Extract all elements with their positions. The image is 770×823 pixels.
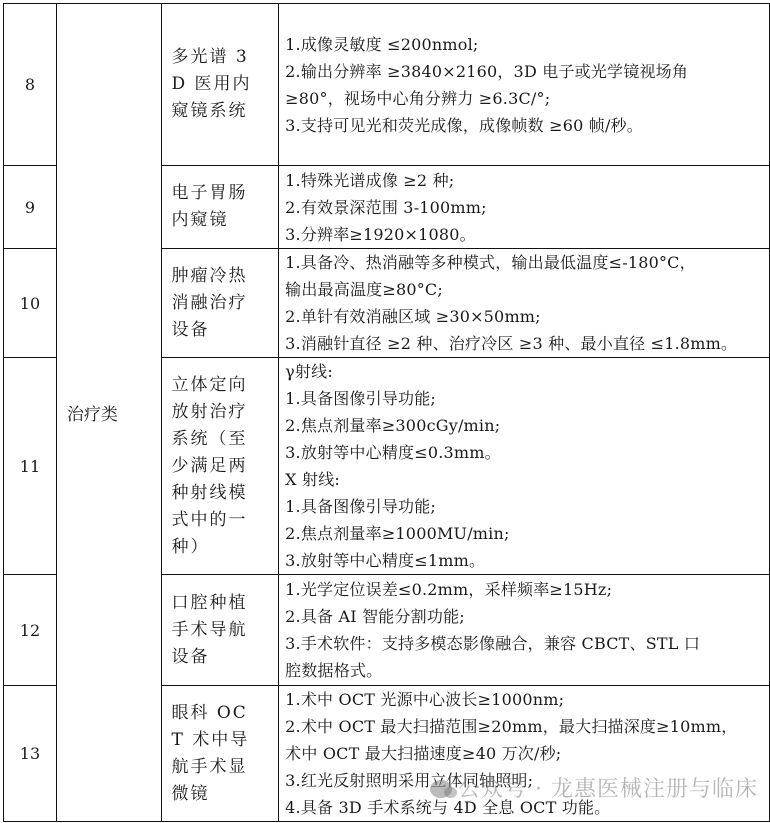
equipment-spec-table: 8 治疗类 多光谱 3D 医用内窥镜系统 1.成像灵敏度 ≤200nmol; 2… (3, 3, 770, 822)
spec-cell: 1.具备冷、热消融等多种模式，输出最低温度≤-180°C， 输出最高温度≥80°… (279, 249, 770, 358)
spec-line: 1.具备图像引导功能; (285, 493, 765, 520)
spec-line: 2.有效景深范围 3-100mm; (285, 194, 765, 221)
row-number: 8 (4, 4, 57, 166)
spec-line: 1.具备冷、热消融等多种模式，输出最低温度≤-180°C， (285, 249, 765, 276)
spec-line: 3.放射等中心精度≤0.3mm。 (285, 439, 765, 466)
spec-cell: γ射线: 1.具备图像引导功能; 2.焦点剂量率≥300cGy/min; 3.放… (279, 358, 770, 575)
spec-cell: 1.成像灵敏度 ≤200nmol; 2.输出分辨率 ≥3840×2160，3D … (279, 4, 770, 166)
spec-line: 3.放射等中心精度≤1mm。 (285, 547, 765, 574)
spec-line: 术中 OCT 最大扫描速度≥40 万次/秒; (285, 740, 765, 767)
spec-line: 3.手术软件：支持多模态影像融合，兼容 CBCT、STL 口 (285, 630, 765, 657)
spec-line: 2.具备 AI 智能分割功能; (285, 603, 765, 630)
spec-line: 1.术中 OCT 光源中心波长≥1000nm; (285, 686, 765, 713)
device-name: 眼科 OCT 术中导航手术显微镜 (162, 686, 279, 822)
spec-line: 2.单针有效消融区域 ≥30×50mm; (285, 303, 765, 330)
spec-line: 1.特殊光谱成像 ≥2 种; (285, 167, 765, 194)
device-name: 口腔种植手术导航设备 (162, 575, 279, 686)
row-number: 12 (4, 575, 57, 686)
spec-line: 1.成像灵敏度 ≤200nmol; (285, 31, 765, 58)
row-number: 11 (4, 358, 57, 575)
row-number: 9 (4, 166, 57, 249)
device-name: 立体定向放射治疗系统（至少满足两种射线模式中的一种） (162, 358, 279, 575)
spec-cell: 1.光学定位误差≤0.2mm，采样频率≥15Hz; 2.具备 AI 智能分割功能… (279, 575, 770, 686)
watermark: 公众号 · 龙惠医械注册与临床 (430, 772, 758, 803)
spec-line: 2.术中 OCT 最大扫描范围≥20mm，最大扫描深度≥10mm， (285, 713, 765, 740)
spec-line: 1.光学定位误差≤0.2mm，采样频率≥15Hz; (285, 576, 765, 603)
watermark-text: 公众号 · 龙惠医械注册与临床 (458, 777, 758, 802)
spec-line: 3.支持可见光和荧光成像，成像帧数 ≥60 帧/秒。 (285, 112, 765, 139)
row-number: 13 (4, 686, 57, 822)
device-name: 电子胃肠内窥镜 (162, 166, 279, 249)
spec-line: γ射线: (285, 358, 765, 385)
spec-line: 2.焦点剂量率≥1000MU/min; (285, 520, 765, 547)
table-row: 8 治疗类 多光谱 3D 医用内窥镜系统 1.成像灵敏度 ≤200nmol; 2… (4, 4, 770, 166)
spec-line: 1.具备图像引导功能; (285, 385, 765, 412)
spec-line: X 射线: (285, 466, 765, 493)
spec-line: 2.输出分辨率 ≥3840×2160，3D 电子或光学镜视场角 (285, 58, 765, 85)
spec-line: 3.分辨率≥1920×1080。 (285, 221, 765, 248)
spec-line: 2.焦点剂量率≥300cGy/min; (285, 412, 765, 439)
category-cell: 治疗类 (56, 4, 162, 822)
device-name: 多光谱 3D 医用内窥镜系统 (162, 4, 279, 166)
row-number: 10 (4, 249, 57, 358)
wechat-icon (430, 780, 452, 798)
spec-line: ≥80°，视场中心角分辨力 ≥6.3C/°; (285, 85, 765, 112)
spec-line: 3.消融针直径 ≥2 种、治疗冷区 ≥3 种、最小直径 ≤1.8mm。 (285, 330, 765, 357)
spec-line: 腔数据格式。 (285, 657, 765, 684)
device-name: 肿瘤冷热消融治疗设备 (162, 249, 279, 358)
spec-line: 输出最高温度≥80°C; (285, 276, 765, 303)
spec-cell: 1.特殊光谱成像 ≥2 种; 2.有效景深范围 3-100mm; 3.分辨率≥1… (279, 166, 770, 249)
